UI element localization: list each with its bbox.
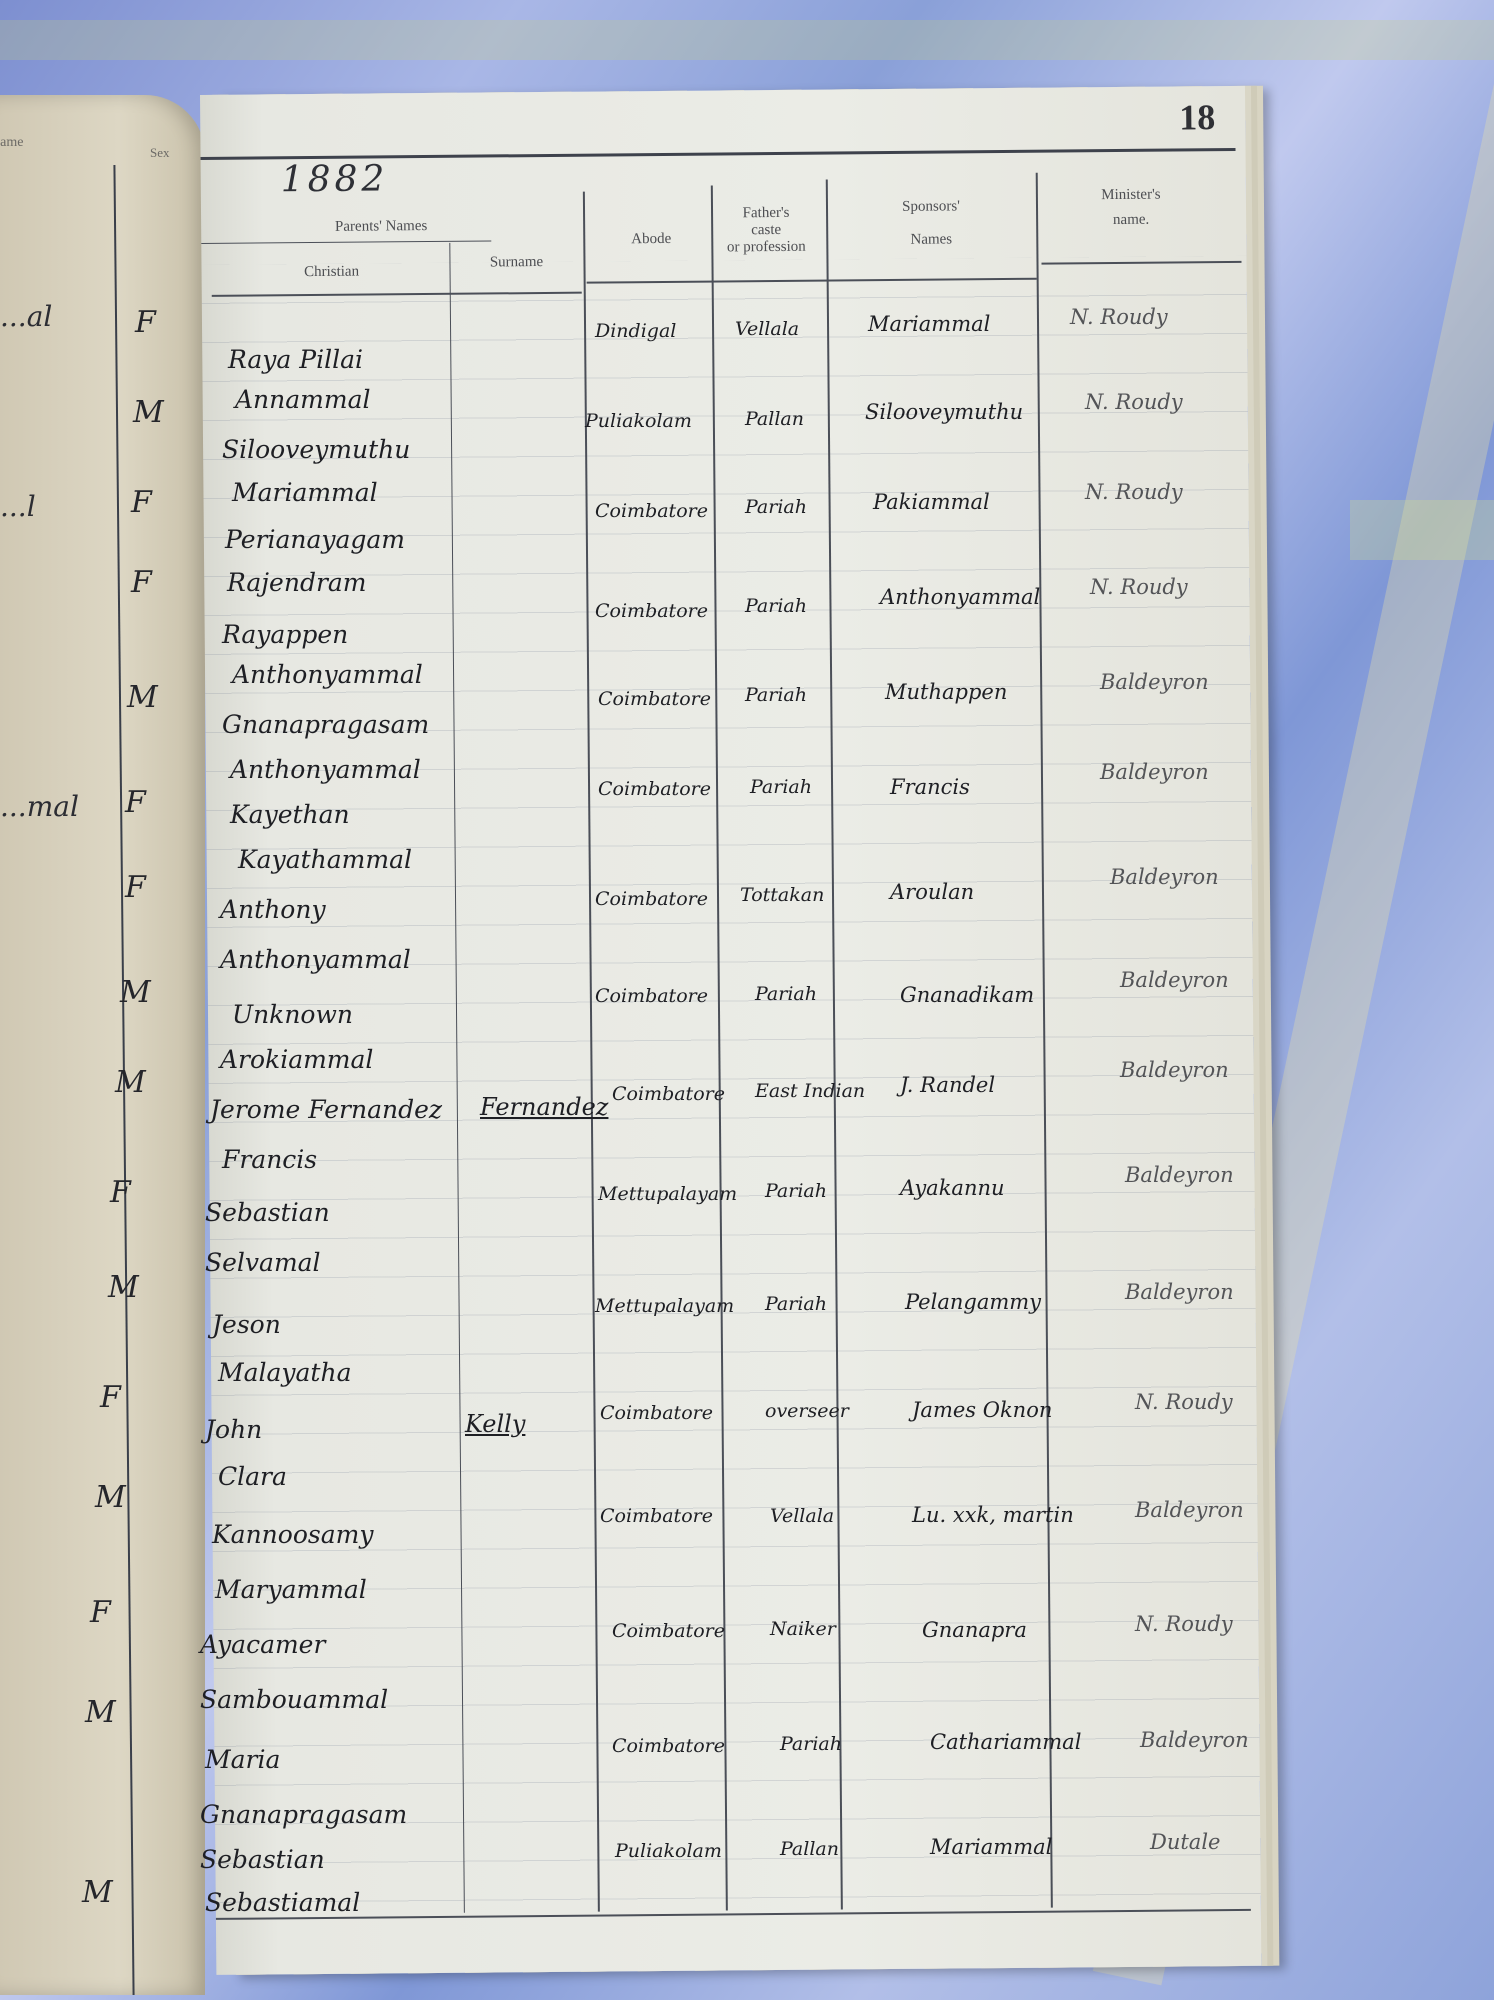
sex-mark: F bbox=[100, 1380, 121, 1415]
sex-mark: F bbox=[110, 1175, 131, 1210]
caste: Pariah bbox=[745, 595, 807, 617]
mother-name: Mariammal bbox=[232, 478, 378, 507]
sex-mark: M bbox=[82, 1875, 113, 1910]
caste: Pallan bbox=[745, 408, 804, 430]
mother-name: Malayatha bbox=[218, 1358, 351, 1387]
caste: Pariah bbox=[765, 1293, 827, 1315]
abode: Coimbatore bbox=[595, 600, 708, 622]
surname: Fernandez bbox=[480, 1093, 608, 1121]
minister: Baldeyron bbox=[1120, 968, 1229, 992]
mother-name: Clara bbox=[218, 1462, 287, 1491]
header-fathers-caste: Father's caste or profession bbox=[711, 205, 821, 257]
caste: Pariah bbox=[765, 1180, 827, 1202]
sponsor: Ayakannu bbox=[900, 1176, 1005, 1200]
header-christian: Christian bbox=[221, 263, 441, 282]
abode: Puliakolam bbox=[585, 410, 692, 432]
caste: Pariah bbox=[745, 684, 807, 706]
mother-name: Selvamal bbox=[205, 1248, 321, 1277]
name-fragment: ...al bbox=[0, 300, 52, 333]
sponsor: Silooveymuthu bbox=[865, 400, 1023, 424]
sex-mark: M bbox=[108, 1270, 139, 1305]
header-abode: Abode bbox=[586, 231, 716, 249]
minister: Baldeyron bbox=[1125, 1163, 1234, 1187]
header-fathers-caste-l1: Father's bbox=[711, 205, 821, 223]
father-name: Anthony bbox=[220, 895, 326, 924]
caste: Pariah bbox=[780, 1733, 842, 1755]
father-name: Kannoosamy bbox=[212, 1520, 373, 1549]
caste: Pariah bbox=[750, 776, 812, 798]
sponsor: Francis bbox=[890, 775, 970, 799]
father-name: Maria bbox=[205, 1745, 280, 1774]
abode: Coimbatore bbox=[612, 1735, 725, 1757]
sponsor: Gnanadikam bbox=[900, 983, 1034, 1007]
sponsor: Muthappen bbox=[885, 680, 1007, 704]
caste: Tottakan bbox=[740, 884, 824, 906]
father-name: Raya Pillai bbox=[228, 345, 363, 374]
header-parents-names: Parents' Names bbox=[271, 217, 491, 236]
sponsor: Cathariammal bbox=[930, 1730, 1081, 1754]
caste: overseer bbox=[765, 1400, 849, 1422]
caste: Vellala bbox=[770, 1505, 834, 1527]
father-name: Perianayagam bbox=[225, 525, 405, 554]
abode: Puliakolam bbox=[615, 1840, 722, 1862]
father-name: Silooveymuthu bbox=[222, 435, 410, 464]
sex-mark: M bbox=[95, 1480, 126, 1515]
abode: Mettupalayam bbox=[598, 1183, 737, 1205]
caste: Pallan bbox=[780, 1838, 839, 1860]
minister: Baldeyron bbox=[1120, 1058, 1229, 1082]
sex-mark: M bbox=[133, 395, 164, 430]
header-sponsors-l1: Sponsors' bbox=[841, 198, 1021, 217]
sponsor: Anthonyammal bbox=[880, 585, 1040, 609]
mother-name: Anthonyammal bbox=[220, 945, 411, 974]
sponsor: Gnanapra bbox=[922, 1618, 1027, 1642]
sponsor: Pakiammal bbox=[873, 490, 990, 514]
sex-mark: F bbox=[125, 870, 146, 905]
minister: Baldeyron bbox=[1100, 670, 1209, 694]
caste: Naiker bbox=[770, 1618, 836, 1640]
abode: Coimbatore bbox=[612, 1083, 725, 1105]
father-name: John bbox=[205, 1415, 262, 1444]
father-name: Gnanapragasam bbox=[222, 710, 429, 739]
father-name: Sebastian bbox=[200, 1845, 325, 1874]
name-fragment: ...l bbox=[0, 490, 36, 523]
abode: Coimbatore bbox=[598, 778, 711, 800]
surname: Kelly bbox=[465, 1410, 525, 1438]
header-top-rule bbox=[201, 148, 1236, 160]
minister: N. Roudy bbox=[1135, 1612, 1233, 1636]
mother-name: Sambouammal bbox=[200, 1685, 388, 1714]
header-sponsors: Sponsors' Names bbox=[841, 198, 1021, 250]
sex-mark: M bbox=[115, 1065, 146, 1100]
abode: Coimbatore bbox=[595, 985, 708, 1007]
year-heading: 1882 bbox=[281, 158, 389, 200]
left-header-name: Name bbox=[0, 135, 23, 151]
father-name: Sebastian bbox=[205, 1198, 330, 1227]
father-name: Ayacamer bbox=[200, 1630, 325, 1659]
left-header-sex: Sex bbox=[150, 145, 170, 161]
sponsor: James Oknon bbox=[912, 1398, 1052, 1422]
abode: Coimbatore bbox=[595, 888, 708, 910]
sex-mark: F bbox=[131, 485, 152, 520]
header-fathers-caste-l2: caste bbox=[711, 222, 821, 240]
caste: East Indian bbox=[755, 1080, 865, 1102]
abode: Coimbatore bbox=[595, 500, 708, 522]
header-minister: Minister's name. bbox=[1041, 186, 1221, 230]
tablecloth-stripe bbox=[0, 20, 1494, 60]
mother-name: Francis bbox=[222, 1145, 317, 1174]
mother-name: Anthonyammal bbox=[230, 755, 421, 784]
header-sponsors-l2: Names bbox=[841, 231, 1021, 250]
abode: Coimbatore bbox=[600, 1402, 713, 1424]
abode: Coimbatore bbox=[598, 688, 711, 710]
page-number: 18 bbox=[1179, 96, 1215, 138]
sex-mark: F bbox=[125, 785, 146, 820]
sex-mark: F bbox=[131, 565, 152, 600]
mother-name: Maryammal bbox=[215, 1575, 367, 1604]
tablecloth-stripe bbox=[1350, 500, 1494, 560]
mother-name: Sebastiamal bbox=[205, 1888, 360, 1917]
minister: N. Roudy bbox=[1090, 575, 1188, 599]
mother-name: Annammal bbox=[235, 385, 370, 414]
name-fragment: ...mal bbox=[0, 790, 79, 823]
abode: Coimbatore bbox=[600, 1505, 713, 1527]
father-name: Jeson bbox=[212, 1310, 281, 1339]
header-minister-l1: Minister's bbox=[1041, 186, 1221, 205]
minister: Baldeyron bbox=[1125, 1280, 1234, 1304]
minister: N. Roudy bbox=[1135, 1390, 1233, 1414]
minister: Dutale bbox=[1150, 1830, 1220, 1854]
sponsor: Mariammal bbox=[930, 1835, 1052, 1859]
caste: Vellala bbox=[735, 318, 799, 340]
mother-name: Anthonyammal bbox=[232, 660, 423, 689]
minister: N. Roudy bbox=[1085, 390, 1183, 414]
caste: Pariah bbox=[755, 983, 817, 1005]
left-facing-page: Name Sex ...al ...l ...mal F M F F M F F… bbox=[0, 95, 205, 1995]
sex-mark: M bbox=[85, 1695, 116, 1730]
father-name: Rayappen bbox=[222, 620, 348, 649]
caste: Pariah bbox=[745, 496, 807, 518]
minister: Baldeyron bbox=[1100, 760, 1209, 784]
mother-name: Rajendram bbox=[227, 568, 367, 597]
mother-name: Kayathammal bbox=[238, 845, 412, 874]
father-name: Kayethan bbox=[230, 800, 350, 829]
minister: Baldeyron bbox=[1135, 1498, 1244, 1522]
header-minister-l2: name. bbox=[1041, 211, 1221, 230]
minister: Baldeyron bbox=[1110, 865, 1219, 889]
father-name: Unknown bbox=[232, 1000, 353, 1029]
sex-mark: M bbox=[127, 680, 158, 715]
sex-mark: F bbox=[135, 305, 156, 340]
header-rule bbox=[201, 240, 491, 244]
abode: Mettupalayam bbox=[595, 1295, 734, 1317]
abode: Dindigal bbox=[595, 320, 676, 342]
mother-name: Arokiammal bbox=[220, 1045, 373, 1074]
header-fathers-caste-l3: or profession bbox=[711, 239, 821, 257]
sponsor: Mariammal bbox=[868, 312, 990, 336]
sex-mark: M bbox=[120, 975, 151, 1010]
sex-mark: F bbox=[90, 1595, 111, 1630]
mother-name: Gnanapragasam bbox=[200, 1800, 407, 1829]
sponsor: Lu. xxk, martin bbox=[912, 1503, 1074, 1527]
father-name: Jerome Fernandez bbox=[210, 1095, 442, 1124]
sponsor: J. Randel bbox=[900, 1073, 995, 1097]
header-surname: Surname bbox=[451, 254, 581, 272]
sponsor: Pelangammy bbox=[905, 1290, 1041, 1314]
minister: N. Roudy bbox=[1070, 305, 1168, 329]
minister: N. Roudy bbox=[1085, 480, 1183, 504]
sponsor: Aroulan bbox=[890, 880, 974, 904]
abode: Coimbatore bbox=[612, 1620, 725, 1642]
minister: Baldeyron bbox=[1140, 1728, 1249, 1752]
